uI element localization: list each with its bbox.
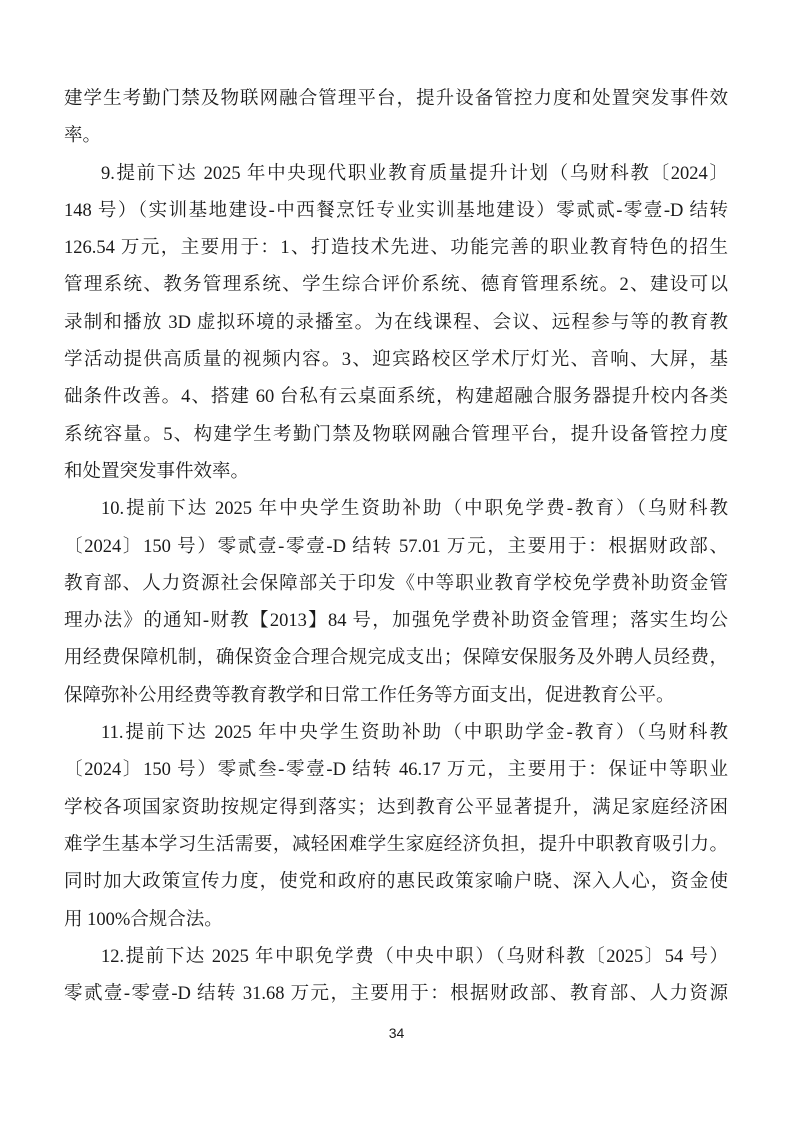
page-number: 34 [0,1025,793,1041]
text-line: 用 100%合规合法。 [64,902,728,939]
document-body: 建学生考勤门禁及物联网融合管理平台，提升设备管控力度和处置突发事件效率。9.提前… [64,81,728,1013]
text-line: 126.54 万元，主要用于：1、打造技术先进、功能完善的职业教育特色的招生 [64,230,728,267]
text-line: 建学生考勤门禁及物联网融合管理平台，提升设备管控力度和处置突发事件效 [64,81,728,118]
text-line: 教育部、人力资源社会保障部关于印发《中等职业教育学校免学费补助资金管 [64,566,728,603]
text-line: 零贰壹-零壹-D 结转 31.68 万元，主要用于：根据财政部、教育部、人力资源 [64,976,728,1013]
text-line: 系统容量。5、构建学生考勤门禁及物联网融合管理平台，提升设备管控力度 [64,417,728,454]
text-line: 学活动提供高质量的视频内容。3、迎宾路校区学术厅灯光、音响、大屏，基 [64,342,728,379]
text-line: 9.提前下达 2025 年中央现代职业教育质量提升计划（乌财科教〔2024〕 [64,156,728,193]
text-line: 12.提前下达 2025 年中职免学费（中央中职）（乌财科教〔2025〕54 号… [64,939,728,976]
text-line: 础条件改善。4、搭建 60 台私有云桌面系统，构建超融合服务器提升校内各类 [64,379,728,416]
text-line: 10.提前下达 2025 年中央学生资助补助（中职免学费-教育）（乌财科教 [64,491,728,528]
text-line: 理办法》的通知-财教【2013】84 号，加强免学费补助资金管理；落实生均公 [64,603,728,640]
text-line: 用经费保障机制，确保资金合理合规完成支出；保障安保服务及外聘人员经费， [64,640,728,677]
text-line: 难学生基本学习生活需要，减轻困难学生家庭经济负担，提升中职教育吸引力。 [64,827,728,864]
text-line: 录制和播放 3D 虚拟环境的录播室。为在线课程、会议、远程参与等的教育教 [64,305,728,342]
text-line: 〔2024〕150 号）零贰壹-零壹-D 结转 57.01 万元，主要用于：根据… [64,529,728,566]
text-line: 和处置突发事件效率。 [64,454,728,491]
document-page: 建学生考勤门禁及物联网融合管理平台，提升设备管控力度和处置突发事件效率。9.提前… [0,0,793,1122]
text-line: 同时加大政策宣传力度，使党和政府的惠民政策家喻户晓、深入人心，资金使 [64,864,728,901]
text-line: 148 号）（实训基地建设-中西餐烹饪专业实训基地建设）零贰贰-零壹-D 结转 [64,193,728,230]
text-line: 学校各项国家资助按规定得到落实；达到教育公平显著提升，满足家庭经济困 [64,790,728,827]
text-line: 保障弥补公用经费等教育教学和日常工作任务等方面支出，促进教育公平。 [64,678,728,715]
text-line: 11.提前下达 2025 年中央学生资助补助（中职助学金-教育）（乌财科教 [64,715,728,752]
text-line: 管理系统、教务管理系统、学生综合评价系统、德育管理系统。2、建设可以 [64,267,728,304]
text-line: 〔2024〕150 号）零贰叁-零壹-D 结转 46.17 万元，主要用于：保证… [64,752,728,789]
text-line: 率。 [64,118,728,155]
